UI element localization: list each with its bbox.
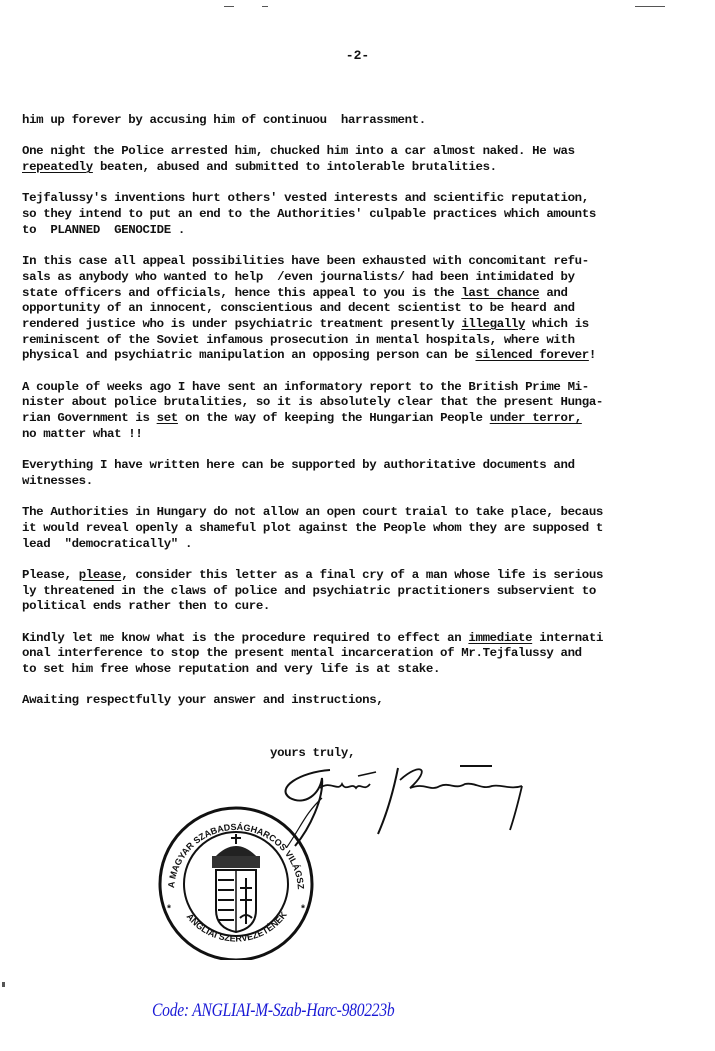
svg-text:A MAGYAR SZABADSÁGHARCOS VILÁG: A MAGYAR SZABADSÁGHARCOS VILÁGSZÖVETSÉG [152, 800, 306, 890]
text-line: him up forever by accusing him of contin… [22, 113, 712, 129]
page-number: -2- [0, 48, 715, 63]
text-segment: Please, [22, 568, 79, 582]
text-segment: lead "democratically" . [22, 537, 192, 551]
text-line: Everything I have written here can be su… [22, 458, 712, 474]
text-segment: Awaiting respectfully your answer and in… [22, 693, 383, 707]
letter-paragraph: The Authorities in Hungary do not allow … [22, 505, 712, 552]
letter-paragraph: A couple of weeks ago I have sent an inf… [22, 380, 712, 443]
text-line: nister about police brutalities, so it i… [22, 395, 712, 411]
text-line: Tejfalussy's inventions hurt others' ves… [22, 191, 712, 207]
text-segment: A couple of weeks ago I have sent an inf… [22, 380, 589, 394]
text-line: to set him free whose reputation and ver… [22, 662, 712, 678]
text-segment: to set him free whose reputation and ver… [22, 662, 440, 676]
text-segment: sals as anybody who wanted to help /even… [22, 270, 575, 284]
text-segment: The Authorities in Hungary do not allow … [22, 505, 603, 519]
text-segment: Tejfalussy's inventions hurt others' ves… [22, 191, 589, 205]
letter-paragraph: Awaiting respectfully your answer and in… [22, 693, 712, 709]
text-line: Please, please, consider this letter as … [22, 568, 712, 584]
text-segment: ! [589, 348, 596, 362]
letter-paragraph: Please, please, consider this letter as … [22, 568, 712, 615]
text-line: A couple of weeks ago I have sent an inf… [22, 380, 712, 396]
letter-paragraph: In this case all appeal possibilities ha… [22, 254, 712, 364]
text-segment: , consider this letter as a final cry of… [121, 568, 603, 582]
text-segment: and [539, 286, 567, 300]
text-segment: state officers and officials, hence this… [22, 286, 461, 300]
text-line: it would reveal openly a shameful plot a… [22, 521, 712, 537]
scan-artifact [262, 6, 268, 7]
text-line: opportunity of an innocent, conscientiou… [22, 301, 712, 317]
text-segment: One night the Police arrested him, chuck… [22, 144, 575, 158]
text-line: The Authorities in Hungary do not allow … [22, 505, 712, 521]
text-line: physical and psychiatric manipulation an… [22, 348, 712, 364]
text-segment: no matter what !! [22, 427, 142, 441]
underlined-emphasis: silenced forever [475, 348, 588, 362]
text-line: rendered justice who is under psychiatri… [22, 317, 712, 333]
document-code-label: Code: ANGLIAI-M-Szab-Harc-980223b [152, 1000, 394, 1022]
letter-paragraph: One night the Police arrested him, chuck… [22, 144, 712, 175]
text-line: witnesses. [22, 474, 712, 490]
text-line: state officers and officials, hence this… [22, 286, 712, 302]
text-line: In this case all appeal possibilities ha… [22, 254, 712, 270]
text-segment: ly threatened in the claws of police and… [22, 584, 596, 598]
text-segment: Everything I have written here can be su… [22, 458, 575, 472]
text-segment: which is [525, 317, 589, 331]
text-line: ly threatened in the claws of police and… [22, 584, 712, 600]
text-line: onal interference to stop the present me… [22, 646, 712, 662]
text-line: Kindly let me know what is the procedure… [22, 631, 712, 647]
text-segment: political ends rather then to cure. [22, 599, 270, 613]
text-line: so they intend to put an end to the Auth… [22, 207, 712, 223]
text-line: sals as anybody who wanted to help /even… [22, 270, 712, 286]
text-segment: it would reveal openly a shameful plot a… [22, 521, 603, 535]
underlined-emphasis: last chance [461, 286, 539, 300]
underlined-emphasis: immediate [468, 631, 532, 645]
text-segment: internati [532, 631, 603, 645]
letter-paragraph: Kindly let me know what is the procedure… [22, 631, 712, 678]
text-line: no matter what !! [22, 427, 712, 443]
text-segment: him up forever by accusing him of contin… [22, 113, 426, 127]
letter-paragraph: Tejfalussy's inventions hurt others' ves… [22, 191, 712, 238]
scan-artifact [635, 6, 665, 7]
letter-paragraph: him up forever by accusing him of contin… [22, 113, 712, 129]
seal-star-right: * [300, 904, 306, 916]
text-segment: reminiscent of the Soviet infamous prose… [22, 333, 575, 347]
seal-top-text: A MAGYAR SZABADSÁGHARCOS VILÁGSZÖVETSÉG [152, 800, 306, 890]
text-segment: beaten, abused and submitted to intolera… [93, 160, 497, 174]
scan-artifact [224, 6, 234, 7]
text-segment: on the way of keeping the Hungarian Peop… [178, 411, 490, 425]
text-line: reminiscent of the Soviet infamous prose… [22, 333, 712, 349]
text-segment: so they intend to put an end to the Auth… [22, 207, 596, 221]
letter-body: him up forever by accusing him of contin… [22, 113, 712, 725]
text-segment: witnesses. [22, 474, 93, 488]
text-segment: rendered justice who is under psychiatri… [22, 317, 461, 331]
underlined-emphasis: please [79, 568, 122, 582]
letter-paragraph: Everything I have written here can be su… [22, 458, 712, 489]
underlined-emphasis: set [157, 411, 178, 425]
underlined-emphasis: illegally [461, 317, 525, 331]
seal-stamp-icon: A MAGYAR SZABADSÁGHARCOS VILÁGSZÖVETSÉG … [152, 800, 320, 960]
seal-star-left: * [166, 904, 172, 916]
text-segment: nister about police brutalities, so it i… [22, 395, 603, 409]
text-segment: physical and psychiatric manipulation an… [22, 348, 475, 362]
text-line: political ends rather then to cure. [22, 599, 712, 615]
text-segment: onal interference to stop the present me… [22, 646, 582, 660]
text-segment: Kindly let me know what is the procedure… [22, 631, 468, 645]
text-segment: In this case all appeal possibilities ha… [22, 254, 589, 268]
text-line: rian Government is set on the way of kee… [22, 411, 712, 427]
text-line: One night the Police arrested him, chuck… [22, 144, 712, 160]
underlined-emphasis: repeatedly [22, 160, 93, 174]
text-line: Awaiting respectfully your answer and in… [22, 693, 712, 709]
text-line: to PLANNED GENOCIDE . [22, 223, 712, 239]
text-segment: opportunity of an innocent, conscientiou… [22, 301, 575, 315]
text-segment: rian Government is [22, 411, 157, 425]
underlined-emphasis: under terror, [490, 411, 582, 425]
text-line: repeatedly beaten, abused and submitted … [22, 160, 712, 176]
text-segment: to PLANNED GENOCIDE . [22, 223, 185, 237]
scan-artifact [2, 982, 5, 987]
text-line: lead "democratically" . [22, 537, 712, 553]
